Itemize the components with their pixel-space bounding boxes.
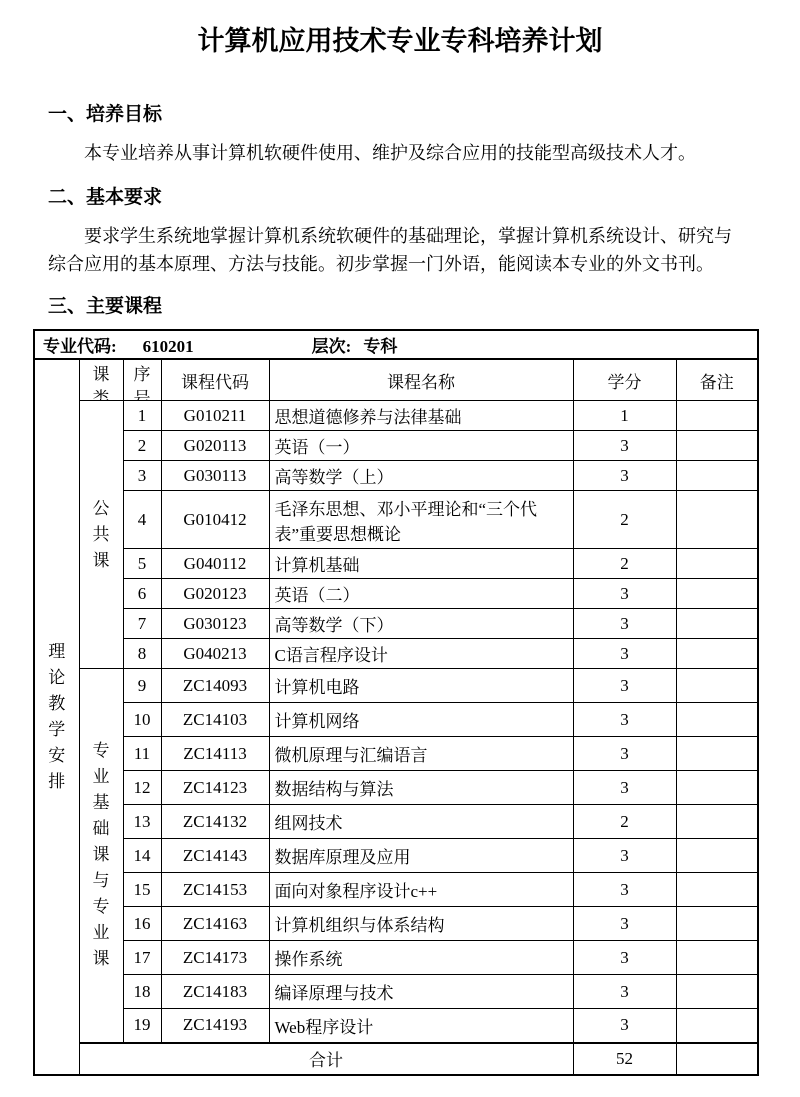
credits-cell: 2 (573, 491, 676, 549)
credits-cell: 3 (573, 639, 676, 669)
course-group-label: 公共课 (91, 496, 111, 574)
curriculum-table: 专业代码:610201层次:专科 理论教学安排 课类 序号 课程代码 课程名称 … (33, 329, 759, 1076)
remarks-cell (676, 839, 758, 873)
code-cell: G040213 (161, 639, 269, 669)
code-cell: ZC14153 (161, 873, 269, 907)
course-row: 12ZC14123数据结构与算法3 (34, 771, 758, 805)
remarks-cell (676, 1009, 758, 1043)
name-cell: C语言程序设计 (269, 639, 573, 669)
course-row: 13ZC14132组网技术2 (34, 805, 758, 839)
credits-cell: 3 (573, 873, 676, 907)
seq-cell: 12 (123, 771, 161, 805)
major-code-value: 610201 (143, 337, 194, 356)
total-row: 合计 52 (34, 1043, 758, 1075)
code-cell: ZC14093 (161, 669, 269, 703)
credits-cell: 3 (573, 431, 676, 461)
name-cell: 计算机网络 (269, 703, 573, 737)
name-cell: 计算机基础 (269, 549, 573, 579)
code-cell: ZC14123 (161, 771, 269, 805)
code-cell: ZC14103 (161, 703, 269, 737)
course-group-cell: 专业基础课与专业课 (79, 669, 123, 1043)
header-credits: 学分 (573, 359, 676, 401)
table-meta-row: 专业代码:610201层次:专科 (34, 330, 758, 359)
header-course-name: 课程名称 (269, 359, 573, 401)
seq-cell: 15 (123, 873, 161, 907)
remarks-cell (676, 431, 758, 461)
code-cell: G040112 (161, 549, 269, 579)
credits-cell: 3 (573, 669, 676, 703)
section-heading-training-objectives: 一、培养目标 (48, 102, 752, 127)
credits-cell: 2 (573, 805, 676, 839)
remarks-cell (676, 579, 758, 609)
name-cell: 毛泽东思想、邓小平理论和“三个代表”重要思想概论 (269, 491, 573, 549)
code-cell: ZC14143 (161, 839, 269, 873)
code-cell: ZC14132 (161, 805, 269, 839)
name-cell: 思想道德修养与法律基础 (269, 401, 573, 431)
seq-cell: 6 (123, 579, 161, 609)
credits-cell: 3 (573, 579, 676, 609)
header-seq-cell: 序号 (123, 359, 161, 401)
seq-cell: 10 (123, 703, 161, 737)
remarks-cell (676, 401, 758, 431)
level-value: 专科 (363, 337, 397, 356)
seq-cell: 7 (123, 609, 161, 639)
course-row: 19ZC14193Web程序设计3 (34, 1009, 758, 1043)
name-cell: 高等数学（上） (269, 461, 573, 491)
total-remarks-cell (676, 1043, 758, 1075)
page: 计算机应用技术专业专科培养计划 一、培养目标 本专业培养从事计算机软硬件使用、维… (0, 0, 800, 1097)
name-cell: 组网技术 (269, 805, 573, 839)
seq-cell: 4 (123, 491, 161, 549)
section-heading-basic-requirements: 二、基本要求 (48, 185, 752, 210)
remarks-cell (676, 461, 758, 491)
code-cell: G030123 (161, 609, 269, 639)
course-group-cell: 公共课 (79, 401, 123, 669)
name-cell: 面向对象程序设计c++ (269, 873, 573, 907)
seq-cell: 17 (123, 941, 161, 975)
credits-cell: 3 (573, 703, 676, 737)
credits-cell: 3 (573, 975, 676, 1009)
course-row: 8G040213C语言程序设计3 (34, 639, 758, 669)
name-cell: 数据结构与算法 (269, 771, 573, 805)
remarks-cell (676, 491, 758, 549)
seq-cell: 1 (123, 401, 161, 431)
remarks-cell (676, 907, 758, 941)
remarks-cell (676, 805, 758, 839)
credits-cell: 2 (573, 549, 676, 579)
name-cell: 计算机组织与体系结构 (269, 907, 573, 941)
credits-cell: 3 (573, 461, 676, 491)
seq-cell: 9 (123, 669, 161, 703)
header-seq: 序号 (132, 360, 152, 400)
course-row: 专业基础课与专业课9ZC14093计算机电路3 (34, 669, 758, 703)
seq-cell: 16 (123, 907, 161, 941)
section-heading-main-courses: 三、主要课程 (48, 294, 752, 319)
credits-cell: 3 (573, 1009, 676, 1043)
section-body-training-objectives: 本专业培养从事计算机软硬件使用、维护及综合应用的技能型高级技术人才。 (48, 139, 738, 167)
name-cell: 英语（二） (269, 579, 573, 609)
remarks-cell (676, 639, 758, 669)
seq-cell: 5 (123, 549, 161, 579)
name-cell: 操作系统 (269, 941, 573, 975)
course-row: 10ZC14103计算机网络3 (34, 703, 758, 737)
course-row: 6G020123英语（二）3 (34, 579, 758, 609)
course-group-label: 专业基础课与专业课 (91, 738, 111, 972)
total-label-cell: 合计 (79, 1043, 573, 1075)
course-row: 17ZC14173操作系统3 (34, 941, 758, 975)
course-row: 2G020113英语（一）3 (34, 431, 758, 461)
course-row: 公共课1G010211思想道德修养与法律基础1 (34, 401, 758, 431)
left-label-cell: 理论教学安排 (34, 359, 79, 1075)
code-cell: ZC14183 (161, 975, 269, 1009)
course-row: 16ZC14163计算机组织与体系结构3 (34, 907, 758, 941)
major-code-label: 专业代码: (43, 337, 117, 356)
name-cell: 高等数学（下） (269, 609, 573, 639)
credits-cell: 3 (573, 907, 676, 941)
code-cell: ZC14113 (161, 737, 269, 771)
credits-cell: 3 (573, 737, 676, 771)
code-cell: ZC14163 (161, 907, 269, 941)
code-cell: G010211 (161, 401, 269, 431)
credits-cell: 3 (573, 609, 676, 639)
course-row: 5G040112计算机基础2 (34, 549, 758, 579)
seq-cell: 18 (123, 975, 161, 1009)
remarks-cell (676, 771, 758, 805)
code-cell: ZC14173 (161, 941, 269, 975)
course-row: 3G030113高等数学（上）3 (34, 461, 758, 491)
document-title: 计算机应用技术专业专科培养计划 (0, 0, 800, 60)
name-cell: 编译原理与技术 (269, 975, 573, 1009)
remarks-cell (676, 609, 758, 639)
seq-cell: 14 (123, 839, 161, 873)
code-cell: G030113 (161, 461, 269, 491)
course-row: 15ZC14153面向对象程序设计c++3 (34, 873, 758, 907)
header-course-code: 课程代码 (161, 359, 269, 401)
table-header-row: 理论教学安排 课类 序号 课程代码 课程名称 学分 备注 (34, 359, 758, 401)
course-row: 18ZC14183编译原理与技术3 (34, 975, 758, 1009)
credits-cell: 3 (573, 839, 676, 873)
code-cell: G020123 (161, 579, 269, 609)
course-row: 7G030123高等数学（下）3 (34, 609, 758, 639)
header-category-cell: 课类 (79, 359, 123, 401)
course-row: 11ZC14113微机原理与汇编语言3 (34, 737, 758, 771)
remarks-cell (676, 669, 758, 703)
name-cell: 英语（一） (269, 431, 573, 461)
code-cell: G010412 (161, 491, 269, 549)
credits-cell: 3 (573, 771, 676, 805)
seq-cell: 3 (123, 461, 161, 491)
name-cell: 微机原理与汇编语言 (269, 737, 573, 771)
name-cell: 数据库原理及应用 (269, 839, 573, 873)
credits-cell: 1 (573, 401, 676, 431)
header-category: 课类 (91, 360, 111, 400)
remarks-cell (676, 941, 758, 975)
seq-cell: 8 (123, 639, 161, 669)
header-remarks: 备注 (676, 359, 758, 401)
name-cell: Web程序设计 (269, 1009, 573, 1043)
course-row: 4G010412毛泽东思想、邓小平理论和“三个代表”重要思想概论2 (34, 491, 758, 549)
total-credits-cell: 52 (573, 1043, 676, 1075)
remarks-cell (676, 737, 758, 771)
credits-cell: 3 (573, 941, 676, 975)
section-body-basic-requirements: 要求学生系统地掌握计算机系统软硬件的基础理论，掌握计算机系统设计、研究与综合应用… (48, 222, 738, 278)
code-cell: ZC14193 (161, 1009, 269, 1043)
remarks-cell (676, 549, 758, 579)
code-cell: G020113 (161, 431, 269, 461)
seq-cell: 2 (123, 431, 161, 461)
left-label: 理论教学安排 (47, 639, 67, 795)
seq-cell: 13 (123, 805, 161, 839)
remarks-cell (676, 975, 758, 1009)
remarks-cell (676, 873, 758, 907)
level-label: 层次: (312, 337, 352, 356)
seq-cell: 19 (123, 1009, 161, 1043)
meta-cell: 专业代码:610201层次:专科 (34, 330, 758, 359)
name-cell: 计算机电路 (269, 669, 573, 703)
remarks-cell (676, 703, 758, 737)
seq-cell: 11 (123, 737, 161, 771)
course-row: 14ZC14143数据库原理及应用3 (34, 839, 758, 873)
